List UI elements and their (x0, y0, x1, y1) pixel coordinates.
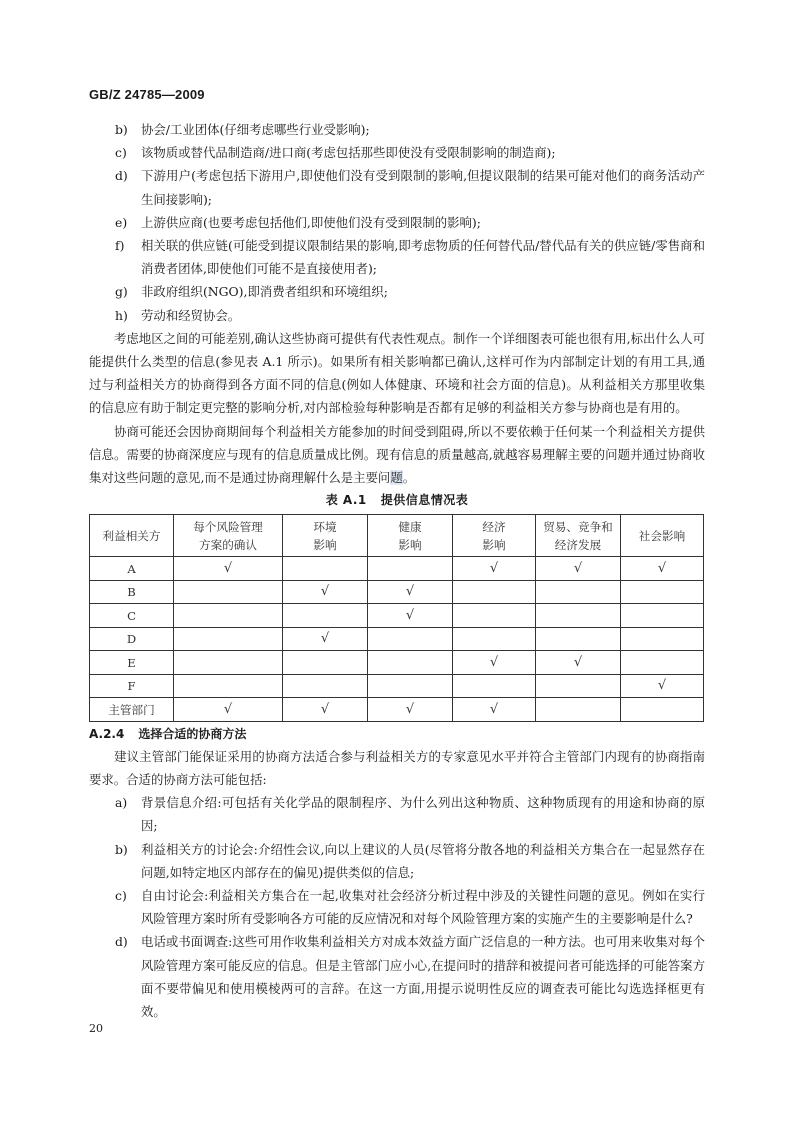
table-row: A √ √ √ √ (90, 557, 704, 581)
list-label: g) (89, 280, 141, 303)
table-caption: 表 A.1提供信息情况表 (89, 490, 705, 510)
list-item: h)劳动和经贸协会。 (89, 304, 705, 327)
stakeholder-cell: E (90, 651, 174, 675)
check-cell (368, 674, 453, 698)
table-row: B √ √ (90, 580, 704, 604)
stakeholder-cell: A (90, 557, 174, 581)
list-text: 自由讨论会:利益相关方集合在一起,收集对社会经济分析过程中涉及的关键性问题的意见… (141, 884, 705, 930)
list-item: g)非政府组织(NGO),即消费者组织和环境组织; (89, 280, 705, 303)
table-row: F √ (90, 674, 704, 698)
list-item: a)背景信息介绍:可包括有关化学品的限制程序、为什么列出这种物质、这种物质现有的… (89, 791, 705, 837)
stakeholder-cell: 主管部门 (90, 698, 174, 722)
check-cell: √ (368, 580, 453, 604)
list-label: f) (89, 234, 141, 280)
paragraph: 考虑地区之间的可能差别,确认这些协商可提供有代表性观点。制作一个详细图表可能也很… (89, 327, 705, 420)
check-cell (174, 580, 283, 604)
check-cell: √ (453, 698, 536, 722)
table-row: D √ (90, 627, 704, 651)
check-cell (621, 698, 704, 722)
list-label: h) (89, 304, 141, 327)
list-item: b)利益相关方的讨论会:介绍性会议,向以上建议的人员(尽管将分散各地的利益相关方… (89, 838, 705, 884)
table-title: 提供信息情况表 (381, 493, 469, 507)
check-cell: √ (536, 557, 621, 581)
table-row: 主管部门 √ √ √ √ (90, 698, 704, 722)
method-list: a)背景信息介绍:可包括有关化学品的限制程序、为什么列出这种物质、这种物质现有的… (89, 791, 705, 1023)
selected-text[interactable]: 题 (390, 470, 402, 485)
check-cell: √ (368, 604, 453, 628)
list-label: c) (89, 884, 141, 930)
check-cell (368, 627, 453, 651)
check-cell (453, 627, 536, 651)
list-label: d) (89, 930, 141, 1023)
check-cell: √ (174, 557, 283, 581)
check-cell (453, 580, 536, 604)
list-label: e) (89, 211, 141, 234)
list-text: 利益相关方的讨论会:介绍性会议,向以上建议的人员(尽管将分散各地的利益相关方集合… (141, 838, 705, 884)
check-cell (621, 580, 704, 604)
check-cell: √ (621, 674, 704, 698)
list-text: 该物质或替代品制造商/进口商(考虑包括那些即使没有受限制影响的制造商); (141, 141, 705, 164)
information-table: 利益相关方 每个风险管理方案的确认 环境影响 健康影响 经济影响 贸易、竞争和经… (89, 514, 704, 722)
check-cell (536, 698, 621, 722)
list-text: 相关联的供应链(可能受到提议限制结果的影响,即考虑物质的任何替代品/替代品有关的… (141, 234, 705, 280)
list-label: c) (89, 141, 141, 164)
list-text: 背景信息介绍:可包括有关化学品的限制程序、为什么列出这种物质、这种物质现有的用途… (141, 791, 705, 837)
list-text: 协会/工业团体(仔细考虑哪些行业受影响); (141, 118, 705, 141)
column-header: 经济影响 (453, 515, 536, 557)
check-cell: √ (174, 698, 283, 722)
check-cell (368, 557, 453, 581)
list-label: a) (89, 791, 141, 837)
list-item: f)相关联的供应链(可能受到提议限制结果的影响,即考虑物质的任何替代品/替代品有… (89, 234, 705, 280)
stakeholder-cell: D (90, 627, 174, 651)
list-item: c)该物质或替代品制造商/进口商(考虑包括那些即使没有受限制影响的制造商); (89, 141, 705, 164)
table-header-row: 利益相关方 每个风险管理方案的确认 环境影响 健康影响 经济影响 贸易、竞争和经… (90, 515, 704, 557)
list-text: 电话或书面调查:这些可用作收集利益相关方对成本效益方面广泛信息的一种方法。也可用… (141, 930, 705, 1023)
check-cell (453, 604, 536, 628)
paragraph: 建议主管部门能保证采用的协商方法适合参与利益相关方的专家意见水平并符合主管部门内… (89, 745, 705, 791)
column-header: 健康影响 (368, 515, 453, 557)
check-cell: √ (368, 698, 453, 722)
check-cell (283, 651, 368, 675)
column-header: 每个风险管理方案的确认 (174, 515, 283, 557)
list-text: 劳动和经贸协会。 (141, 304, 705, 327)
section-heading: A.2.4选择合适的协商方法 (89, 724, 705, 745)
check-cell (174, 651, 283, 675)
list-text: 上游供应商(也要考虑包括他们,即使他们没有受到限制的影响); (141, 211, 705, 234)
check-cell (536, 674, 621, 698)
list-item: e)上游供应商(也要考虑包括他们,即使他们没有受到限制的影响); (89, 211, 705, 234)
check-cell: √ (536, 651, 621, 675)
list-item: c)自由讨论会:利益相关方集合在一起,收集对社会经济分析过程中涉及的关键性问题的… (89, 884, 705, 930)
table-row: E √ √ (90, 651, 704, 675)
check-cell (453, 674, 536, 698)
check-cell (283, 557, 368, 581)
page-number: 20 (89, 1022, 103, 1035)
check-cell (368, 651, 453, 675)
check-cell (621, 651, 704, 675)
paragraph: 协商可能还会因协商期间每个利益相关方能参加的时间受到阻碍,所以不要依赖于任何某一… (89, 420, 705, 490)
stakeholder-cell: F (90, 674, 174, 698)
document-body: b)协会/工业团体(仔细考虑哪些行业受影响); c)该物质或替代品制造商/进口商… (89, 118, 705, 1023)
list-text: 非政府组织(NGO),即消费者组织和环境组织; (141, 280, 705, 303)
check-cell (283, 674, 368, 698)
paragraph-text: 。 (403, 470, 415, 485)
check-cell: √ (621, 557, 704, 581)
list-text: 下游用户(考虑包括下游用户,即使他们没有受到限制的影响,但提议限制的结果可能对他… (141, 164, 705, 210)
section-title: 选择合适的协商方法 (138, 727, 246, 741)
check-cell: √ (453, 557, 536, 581)
check-cell (174, 627, 283, 651)
check-cell (283, 604, 368, 628)
table-row: C √ (90, 604, 704, 628)
list-label: b) (89, 838, 141, 884)
stakeholder-cell: C (90, 604, 174, 628)
column-header: 环境影响 (283, 515, 368, 557)
check-cell: √ (453, 651, 536, 675)
stakeholder-list: b)协会/工业团体(仔细考虑哪些行业受影响); c)该物质或替代品制造商/进口商… (89, 118, 705, 327)
check-cell: √ (283, 580, 368, 604)
column-header: 贸易、竞争和经济发展 (536, 515, 621, 557)
check-cell: √ (283, 627, 368, 651)
check-cell (621, 627, 704, 651)
list-item: d)下游用户(考虑包括下游用户,即使他们没有受到限制的影响,但提议限制的结果可能… (89, 164, 705, 210)
list-item: d)电话或书面调查:这些可用作收集利益相关方对成本效益方面广泛信息的一种方法。也… (89, 930, 705, 1023)
standard-code: GB/Z 24785—2009 (89, 87, 205, 102)
check-cell (174, 674, 283, 698)
check-cell (536, 627, 621, 651)
table-number: 表 A.1 (326, 493, 367, 507)
column-header: 社会影响 (621, 515, 704, 557)
check-cell (536, 604, 621, 628)
list-label: b) (89, 118, 141, 141)
check-cell (536, 580, 621, 604)
column-header: 利益相关方 (90, 515, 174, 557)
check-cell (621, 604, 704, 628)
check-cell: √ (283, 698, 368, 722)
list-item: b)协会/工业团体(仔细考虑哪些行业受影响); (89, 118, 705, 141)
stakeholder-cell: B (90, 580, 174, 604)
section-number: A.2.4 (89, 727, 124, 741)
list-label: d) (89, 164, 141, 210)
check-cell (174, 604, 283, 628)
